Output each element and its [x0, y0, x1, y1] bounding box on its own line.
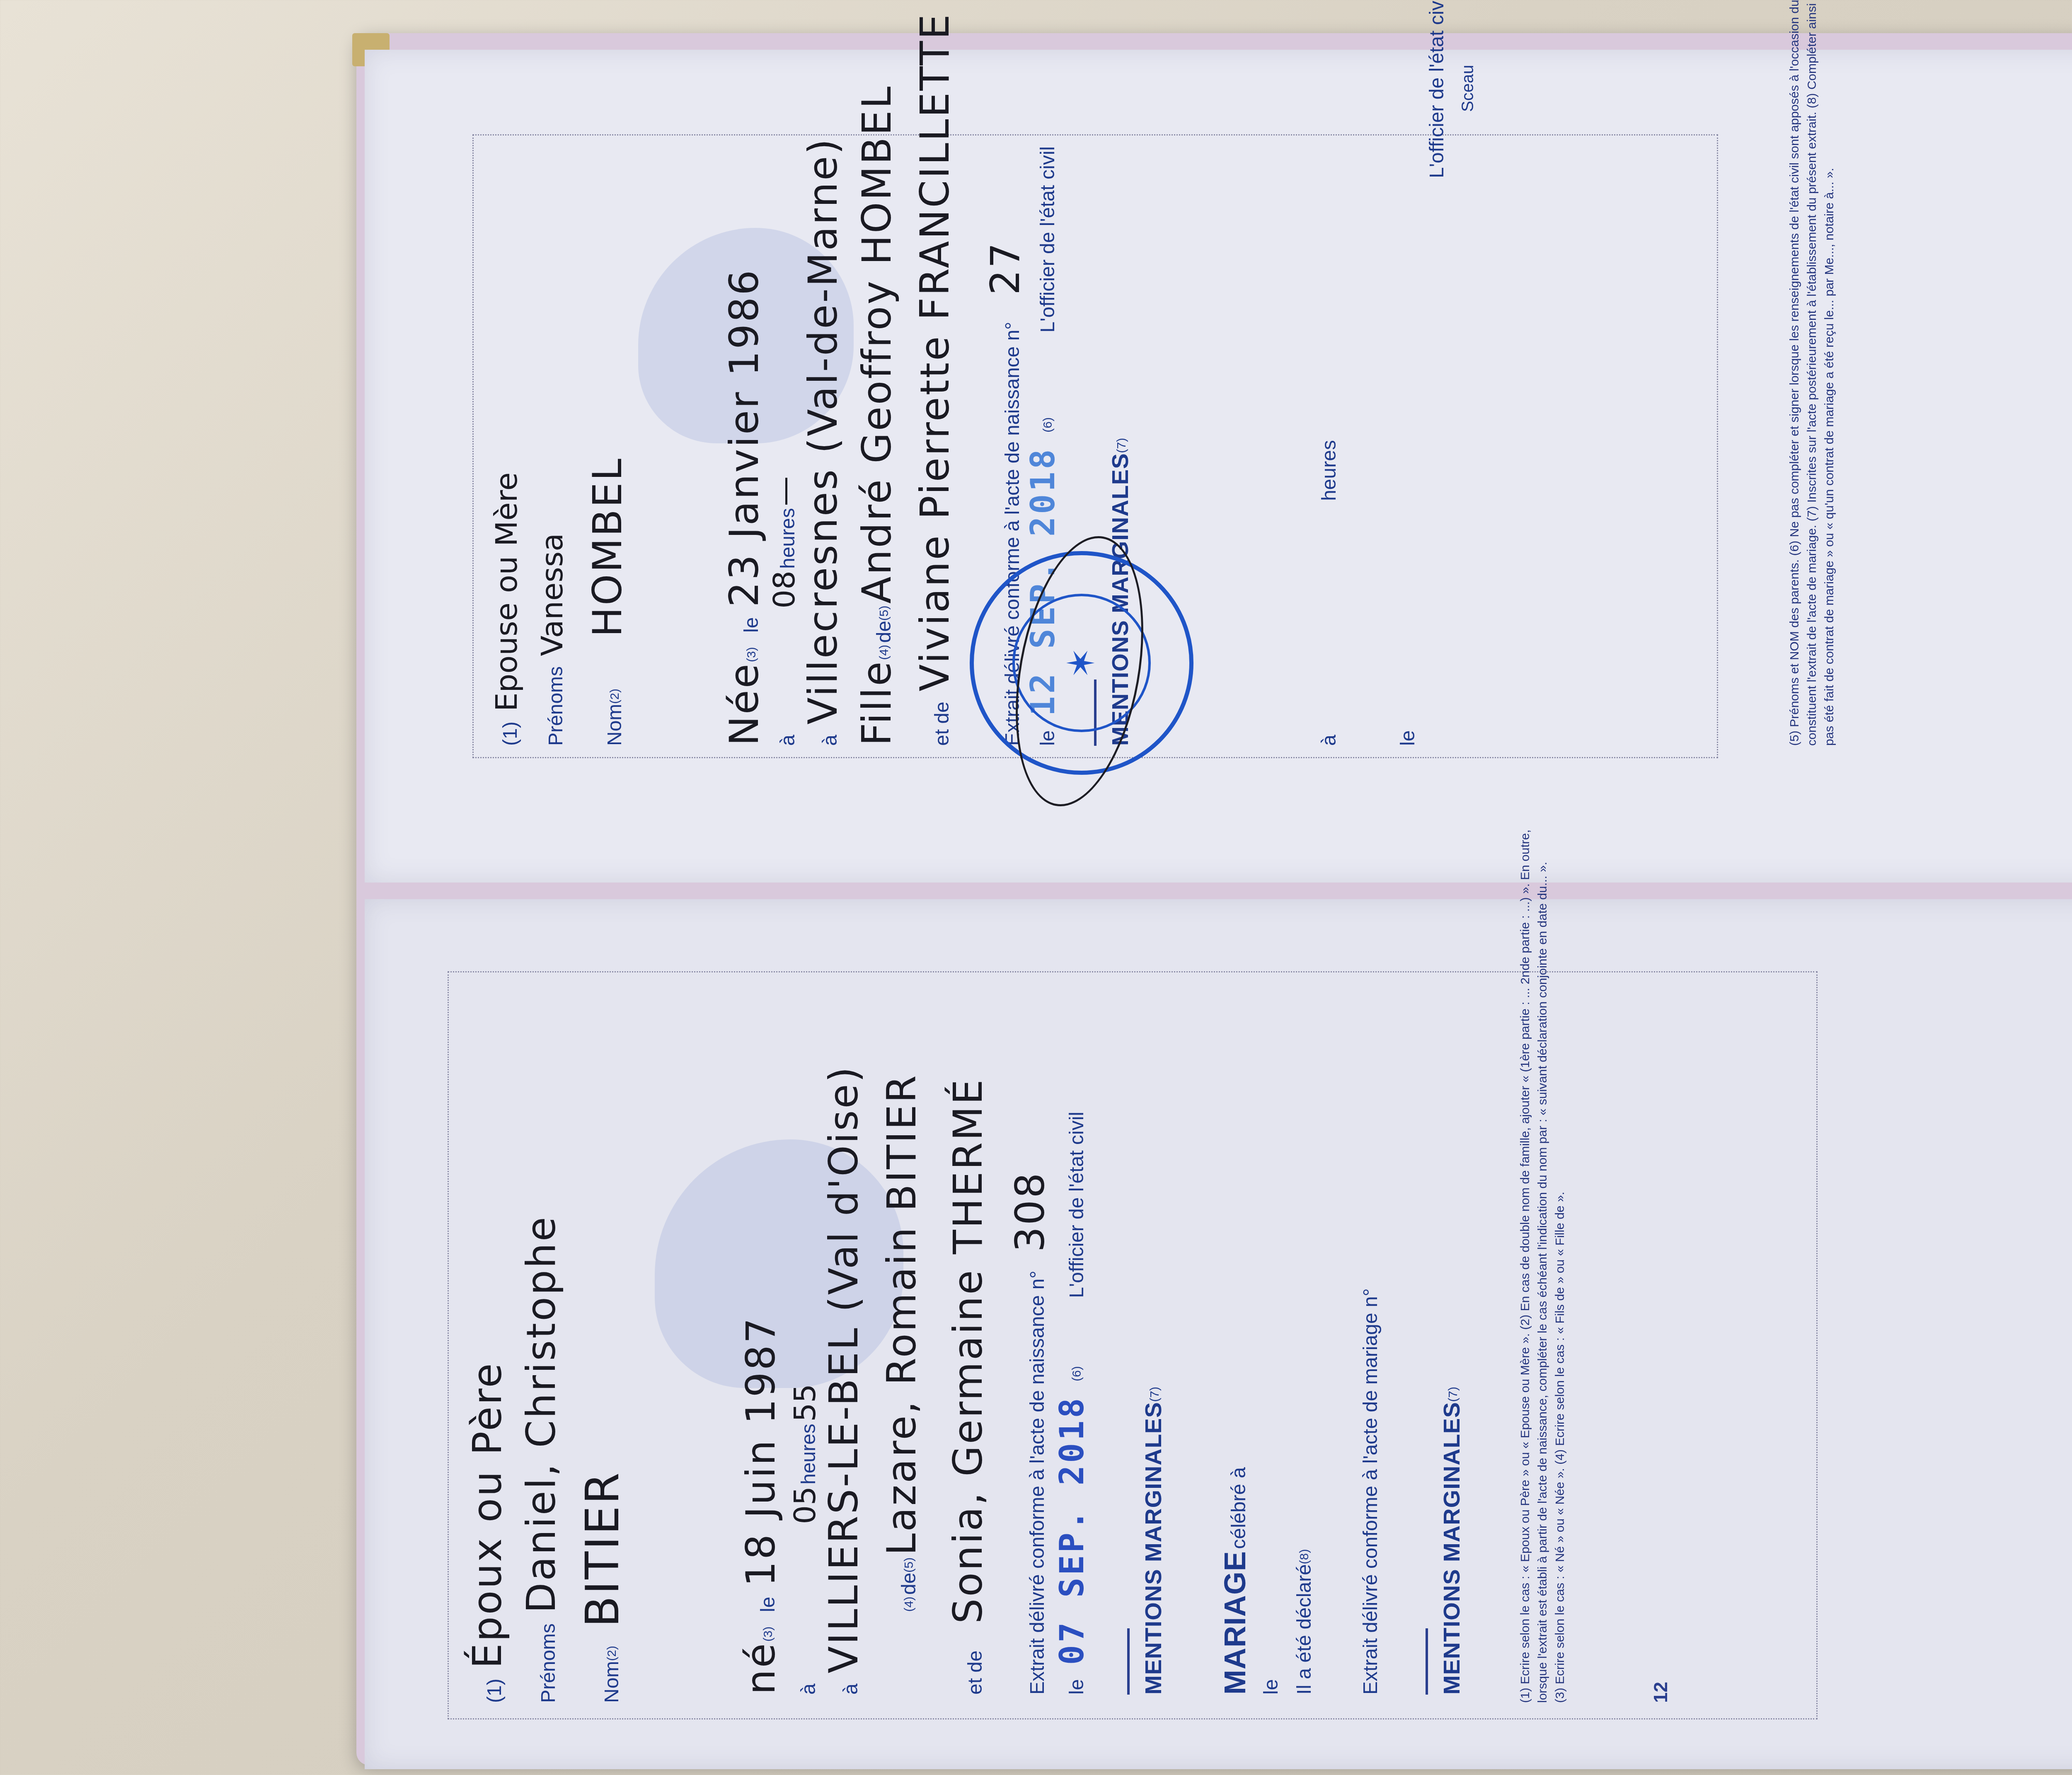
nom-line: Nom(2) BITIER [576, 1471, 629, 1703]
mother-line: et de Sonia, Germaine THERMÉ [945, 1078, 991, 1695]
a-label: à [777, 735, 799, 746]
role-line: (1) Epouse ou Mère [489, 472, 524, 746]
note-ref: (2) [608, 689, 622, 704]
father-name: Lazare, Romain BITIER [879, 1074, 925, 1555]
hour-line: à 05 heures 55 [787, 1384, 822, 1695]
le-label: le [1397, 730, 1419, 746]
note-ref: (4) [902, 1596, 916, 1612]
officer-label: L'officier de l'état civil [1066, 1112, 1088, 1298]
de-label: de [873, 621, 895, 643]
page-frame [448, 971, 1818, 1719]
mentions-label: MENTIONS MARGINALES [1140, 1402, 1166, 1695]
prenoms-label: Prénoms [545, 666, 567, 746]
a-label: à [840, 1683, 862, 1695]
note-ref: (6) [1041, 417, 1055, 433]
birth-line: né(3) le 18 Juin 1987 [738, 1316, 784, 1695]
footnote: (1) Ecrire selon le cas : « Epoux ou Pèr… [1517, 791, 1552, 1703]
note-ref: (5) [902, 1557, 916, 1573]
mother-name: Sonia, Germaine THERMÉ [945, 1078, 991, 1623]
nom-line: Nom(2) HOMBEL [584, 457, 631, 746]
acte-number: 308 [1007, 1171, 1053, 1252]
footnote: (3) Ecrire selon le cas : « Né » ou « Né… [1552, 791, 1569, 1703]
officer-label: L'officier de l'état civil [1037, 146, 1059, 333]
birth-date: 23 Janvier 1986 [721, 268, 767, 607]
divider [1426, 1628, 1428, 1695]
le-label: le [1260, 1679, 1282, 1695]
extrait-line: Extrait délivré conforme à l'acte de nai… [1007, 1171, 1053, 1695]
role-line: (1) Époux ou Père [464, 1361, 511, 1703]
heures-label: heures [777, 508, 799, 569]
note-ref: (7) [1148, 1387, 1162, 1402]
footnote: (5) Prénoms et NOM des parents. (6) Ne p… [1786, 0, 1838, 746]
note-ref: (4) [877, 645, 891, 660]
footnotes: (5) Prénoms et NOM des parents. (6) Ne p… [1786, 0, 1838, 746]
delivery-line: le 07 SEP. 2018 (6) L'officier de l'état… [1053, 1112, 1091, 1695]
ne-value: né [738, 1642, 784, 1695]
mariage-heading: MARIAGE célébré à [1218, 1467, 1252, 1695]
mentions-heading: MENTIONS MARGINALES(7) [1140, 1387, 1167, 1695]
blank-sceau: Sceau [1459, 65, 1477, 112]
declare-line: Il a été déclaré(8) [1293, 1549, 1316, 1695]
father-line: Fille(4) de(5) André Geoffroy HOMBEL [854, 85, 900, 746]
de-label: de [898, 1572, 920, 1594]
note-ref: (7) [1115, 438, 1128, 453]
note-ref: (6) [1070, 1366, 1084, 1381]
nom-value: HOMBEL [584, 457, 631, 637]
wife-extract: (1) Epouse ou Mère Prénoms Vanessa Nom(2… [472, 137, 2072, 758]
note-ref: (1) [499, 721, 521, 746]
mariage-mentions-heading: MENTIONS MARGINALES(7) [1438, 1387, 1465, 1695]
delivery-date-stamp: 07 SEP. 2018 [1053, 1395, 1091, 1665]
nom-value: BITIER [576, 1471, 629, 1627]
footnotes: (1) Ecrire selon le cas : « Epoux ou Pèr… [1517, 791, 1569, 1703]
le-label: le [741, 617, 762, 633]
birth-minutes: 55 [787, 1384, 822, 1422]
mariage-le-line: le [1260, 1679, 1283, 1695]
heures-label: heures [798, 1424, 820, 1485]
birth-minutes: — [767, 476, 801, 506]
place-line: à VILLIERS-LE-BEL (Val d'Oise) [821, 1065, 867, 1695]
prenoms-line: Prénoms Vanessa [535, 533, 569, 746]
note-ref: (7) [1446, 1387, 1460, 1402]
le-label: le [1066, 1679, 1088, 1695]
blank-le-line: le [1397, 730, 1419, 746]
mother-name: Viviane Pierrette FRANCILLETTE [912, 13, 958, 692]
sceau-label: Sceau [1459, 65, 1477, 112]
heures-label: heures [1318, 440, 1340, 501]
hour-line: à 08 heures — [767, 476, 801, 746]
et-de-label: et de [964, 1650, 986, 1695]
role-value: Epouse ou Mère [489, 472, 524, 711]
mariage-extrait-line: Extrait délivré conforme à l'acte de mar… [1359, 1288, 1382, 1695]
mother-line: et de Viviane Pierrette FRANCILLETTE [912, 13, 958, 746]
a-label: à [1318, 735, 1340, 746]
note-ref: (5) [877, 606, 891, 621]
note-ref: (3) [761, 1626, 775, 1642]
blank-officer: L'officier de l'état civil [1426, 0, 1448, 178]
acte-number: 27 [982, 241, 1029, 295]
note-ref: (2) [605, 1646, 619, 1661]
place-line: à Villecresnes (Val-de-Marne) [800, 137, 846, 746]
role-value: Époux ou Père [464, 1361, 511, 1669]
prenoms-line: Prénoms Daniel, Christophe [518, 1215, 564, 1703]
blank-a-line: à heures [1318, 440, 1341, 746]
extrait-label: Extrait délivré conforme à l'acte de nai… [1026, 1270, 1048, 1695]
page-number: 12 [1649, 1682, 1672, 1703]
et-de-label: et de [931, 701, 953, 746]
prenoms-label: Prénoms [537, 1623, 559, 1703]
fille-value: Fille [854, 660, 900, 746]
mariage-title: MARIAGE [1219, 1551, 1252, 1695]
extrait-label: Extrait délivré conforme à l'acte de mar… [1360, 1288, 1382, 1695]
a-label: à [798, 1683, 820, 1695]
celebre-label: célébré à [1228, 1467, 1250, 1549]
a-label: à [819, 735, 841, 746]
birth-date: 18 Juin 1987 [738, 1316, 784, 1586]
prenoms-value: Daniel, Christophe [518, 1215, 564, 1613]
nom-label: Nom [604, 704, 626, 746]
birth-line: Née(3) le 23 Janvier 1986 [721, 268, 767, 746]
le-label: le [757, 1597, 779, 1612]
birth-hour: 05 [787, 1486, 822, 1524]
divider [1127, 1628, 1130, 1695]
father-name: André Geoffroy HOMBEL [854, 85, 900, 604]
mentions-label: MENTIONS MARGINALES [1438, 1402, 1464, 1695]
officer-label: L'officier de l'état civil [1426, 0, 1448, 178]
birth-hour: 08 [767, 571, 801, 609]
note-ref: (3) [745, 647, 758, 662]
note-ref: (1) [484, 1678, 506, 1703]
prenoms-value: Vanessa [535, 533, 569, 656]
birth-place: VILLIERS-LE-BEL (Val d'Oise) [821, 1065, 867, 1673]
note-ref: (8) [1297, 1549, 1311, 1564]
husband-extract: (1) Époux ou Père Prénoms Daniel, Christ… [448, 974, 2072, 1719]
ne-value: Née [721, 662, 767, 746]
declare-label: Il a été déclaré [1293, 1564, 1315, 1695]
nom-label: Nom [601, 1661, 623, 1703]
father-line: (4) de(5) Lazare, Romain BITIER [879, 1074, 925, 1695]
birth-place: Villecresnes (Val-de-Marne) [800, 137, 846, 725]
